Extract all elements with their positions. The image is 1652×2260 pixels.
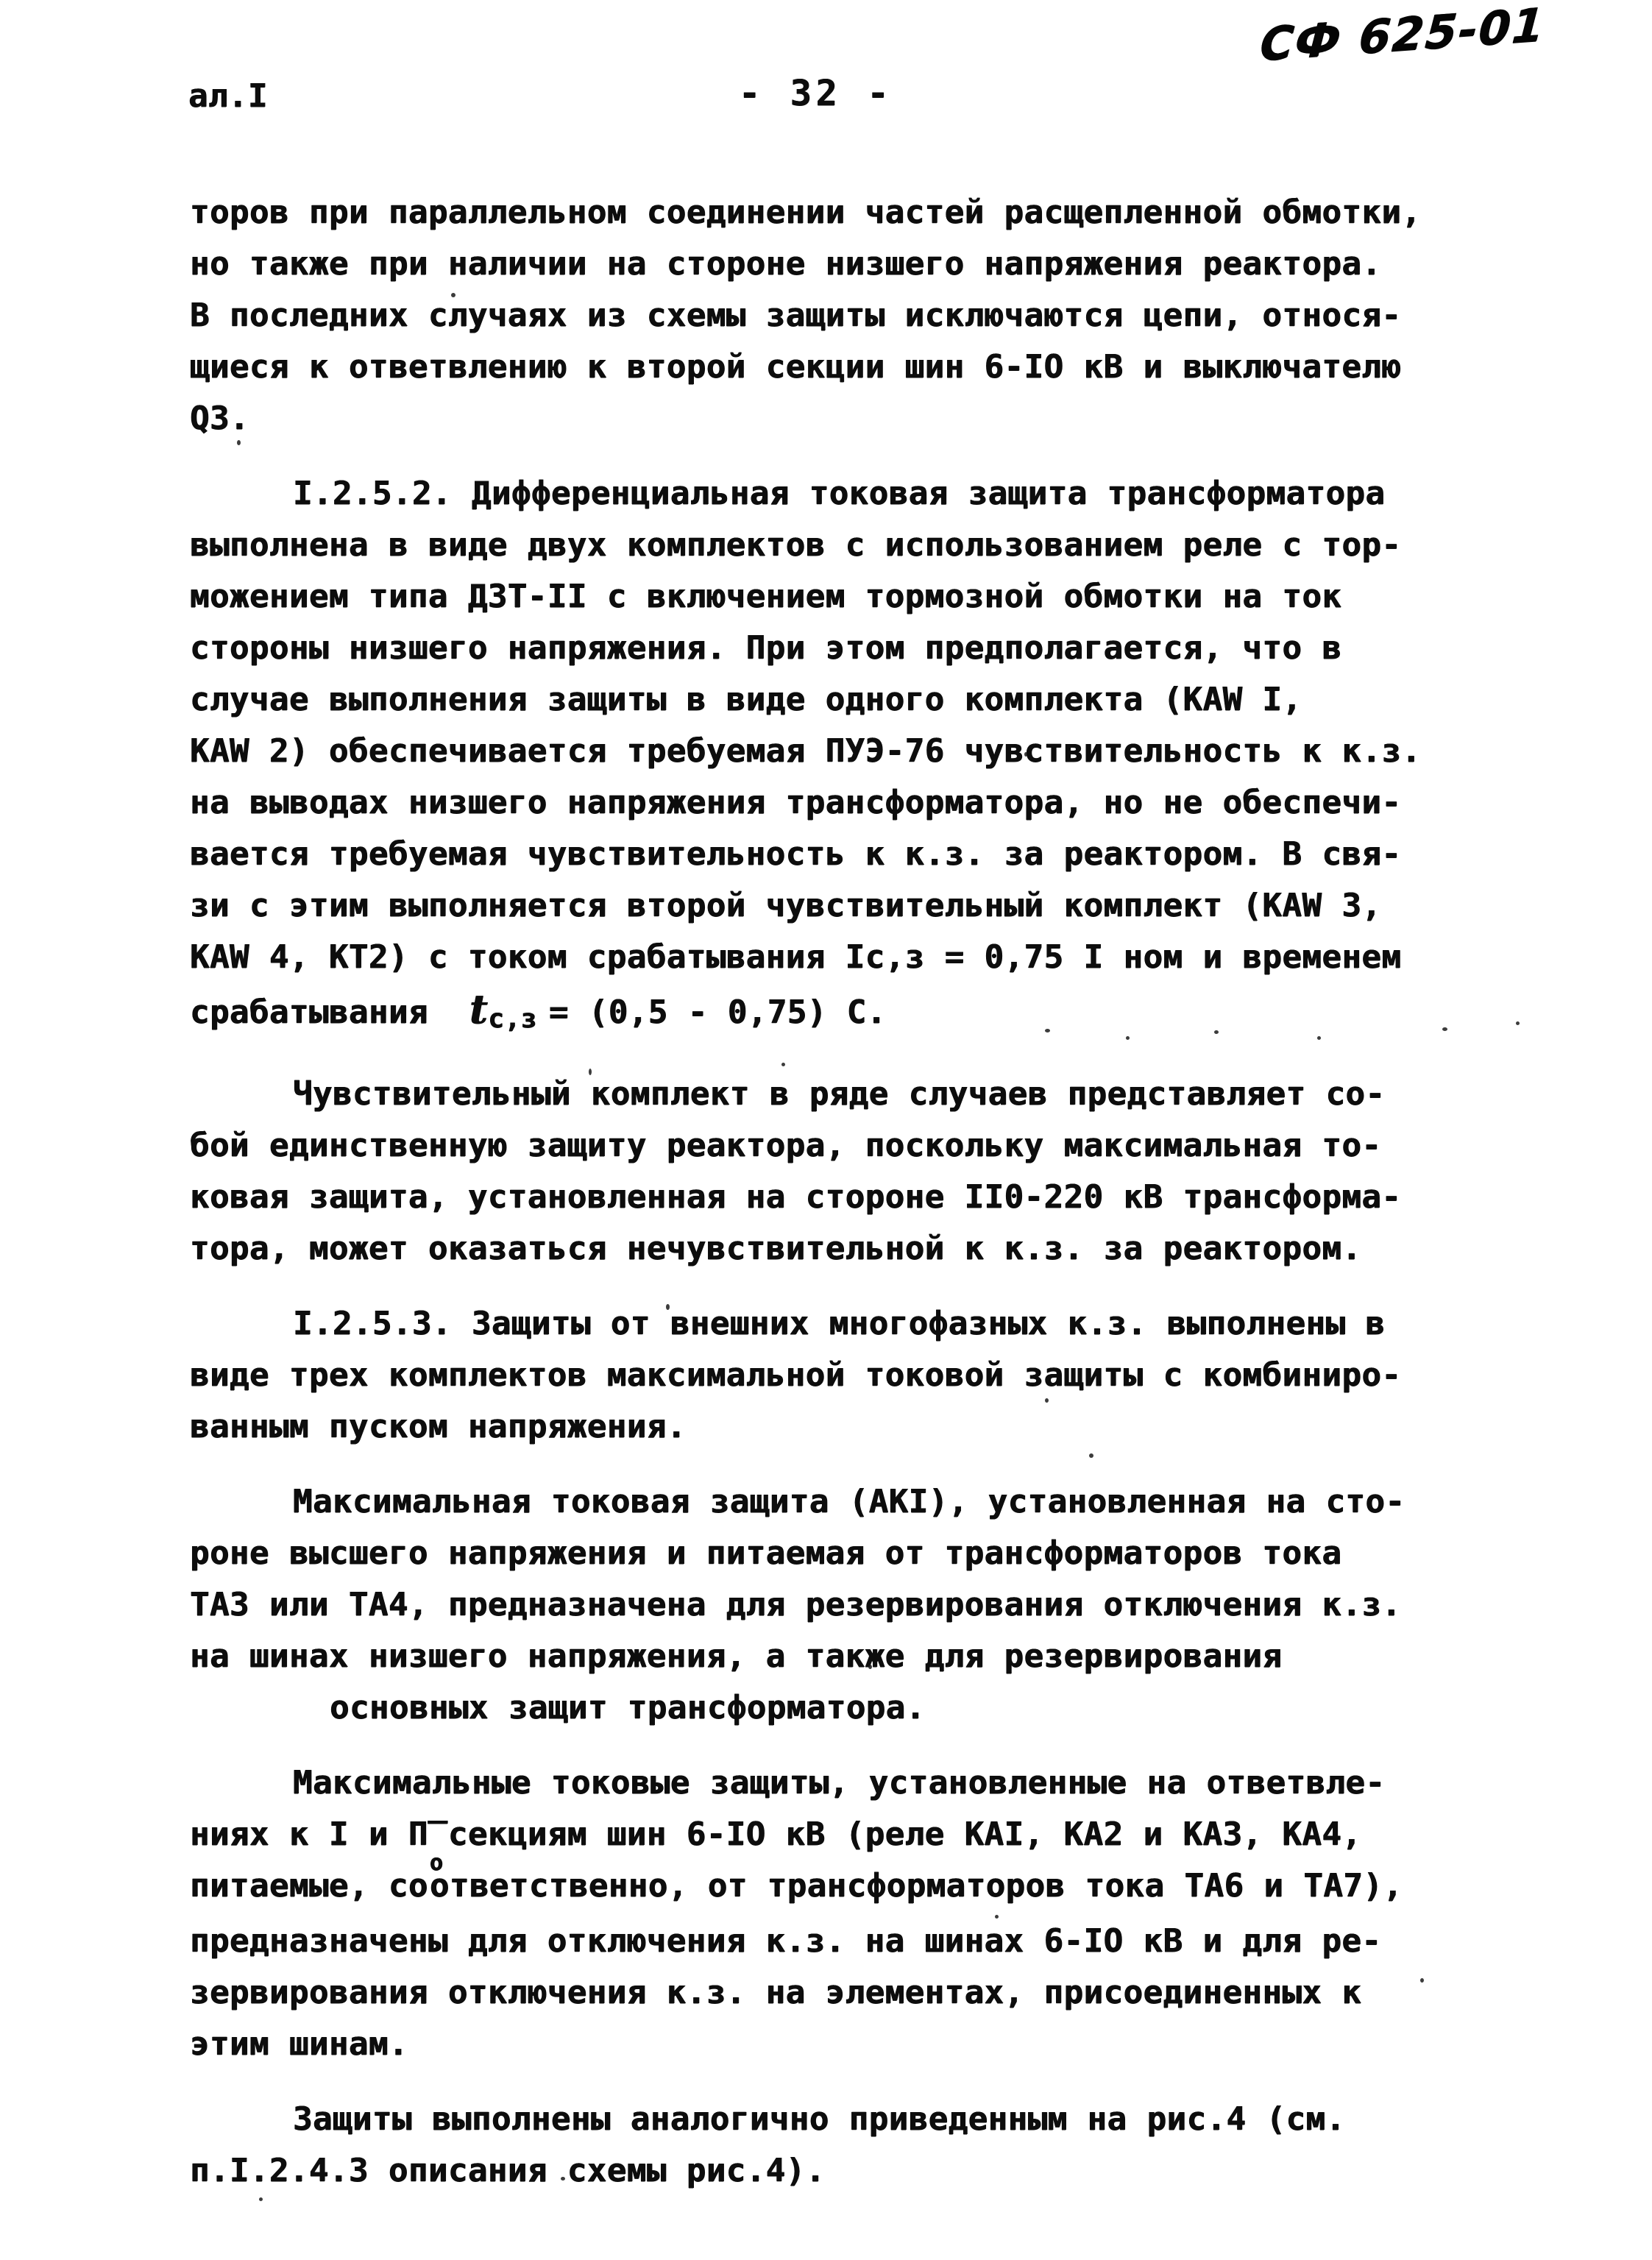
formula-value: = (0,5 - 0,75) С. xyxy=(549,993,887,1031)
scan-speck xyxy=(1045,1029,1050,1032)
formula-label: срабатывания xyxy=(190,993,428,1031)
corrected-line-post: ответственно, от трансформаторов тока ТА… xyxy=(430,1867,1403,1905)
paragraph-reference: Защиты выполнены аналогично приведенным … xyxy=(190,2094,1491,2197)
scan-speck xyxy=(561,2177,565,2181)
text-line: предназначены для отключения к.з. на шин… xyxy=(190,1916,1491,1967)
text-line: ниях к I и П̅ секциям шин 6-IO кВ (реле … xyxy=(190,1809,1491,1860)
paragraph-continuation: торов при параллельном соединении частей… xyxy=(190,187,1491,444)
text-line: бой единственную защиту реактора, поскол… xyxy=(190,1120,1491,1172)
handwritten-stamp: СФ 625-01 xyxy=(1258,0,1547,71)
scan-speck xyxy=(237,440,241,445)
indented-closing-line: основных защит трансформатора. xyxy=(190,1682,1491,1734)
text-line: Максимальные токовые защиты, установленн… xyxy=(190,1757,1491,1809)
scan-speck xyxy=(1045,1398,1049,1403)
text-line: этим шинам. xyxy=(190,2019,1491,2070)
text-line: зервирования отключения к.з. на элемента… xyxy=(190,1967,1491,2019)
text-line: I.2.5.2. Дифференциальная токовая защита… xyxy=(190,468,1491,520)
header-left-label: ал.I xyxy=(188,78,268,115)
scan-speck xyxy=(1089,1453,1093,1458)
scan-speck xyxy=(1126,1036,1130,1040)
scanned-page: ал.I - 32 - СФ 625-01 торов при параллел… xyxy=(0,0,1652,2260)
scan-speck xyxy=(1024,752,1027,757)
page-number: - 32 - xyxy=(739,74,893,113)
paragraph-1-2-5-3: I.2.5.3. Защиты от внешних многофазных к… xyxy=(190,1298,1491,1453)
text-line: КАW 2) обеспечивается требуемая ПУЭ-76 ч… xyxy=(190,726,1491,777)
paragraph-max-current: Максимальная токовая защита (АКI), устан… xyxy=(190,1476,1491,1734)
text-line: выполнена в виде двух комплектов с испол… xyxy=(190,520,1491,571)
corrected-line: питаемые, сооответственно, от трансформа… xyxy=(190,1860,1491,1916)
scan-speck xyxy=(868,1665,872,1669)
text-line: ТАЗ или ТА4, предназначена для резервиро… xyxy=(190,1579,1491,1631)
text-line: КАW 4, КТ2) с током срабатывания Iс,з = … xyxy=(190,932,1491,983)
scan-speck xyxy=(259,2197,263,2201)
text-line: I.2.5.3. Защиты от внешних многофазных к… xyxy=(190,1298,1491,1350)
text-line: на выводах низшего напряжения трансформа… xyxy=(190,777,1491,829)
text-line: вается требуемая чувствительность к к.з.… xyxy=(190,829,1491,880)
paragraph-lines: Максимальные токовые защиты, установленн… xyxy=(190,1757,1491,1860)
scan-speck xyxy=(589,1069,592,1075)
paragraph-1-2-5-2: I.2.5.2. Дифференциальная токовая защита… xyxy=(190,468,1491,1045)
text-line: можением типа ДЗТ-II с включением тормоз… xyxy=(190,571,1491,623)
scan-speck xyxy=(1317,1036,1321,1040)
text-line: п.I.2.4.3 описания схемы рис.4). xyxy=(190,2145,1491,2197)
paragraph-lines: I.2.5.2. Дифференциальная токовая защита… xyxy=(190,468,1491,983)
text-line: но также при наличии на стороне низшего … xyxy=(190,238,1491,290)
text-line: ванным пуском напряжения. xyxy=(190,1401,1491,1453)
paragraph-branch-protections: Максимальные токовые защиты, установленн… xyxy=(190,1757,1491,2070)
scan-speck xyxy=(1420,1978,1424,1983)
text-line: стороны низшего напряжения. При этом пре… xyxy=(190,623,1491,674)
paragraph-sensitive-set: Чувствительный комплект в ряде случаев п… xyxy=(190,1069,1491,1275)
text-line: щиеся к ответвлению к второй секции шин … xyxy=(190,341,1491,393)
formula-line: срабатыванияtс,з= (0,5 - 0,75) С. xyxy=(190,983,1491,1045)
document-body: торов при параллельном соединении частей… xyxy=(190,187,1491,2220)
formula-subscript: с,з xyxy=(488,1004,537,1034)
scan-speck xyxy=(1214,1030,1219,1034)
text-line: тора, может оказаться нечувствительной к… xyxy=(190,1223,1491,1275)
text-line: Защиты выполнены аналогично приведенным … xyxy=(190,2094,1491,2145)
corrected-line-pre: питаемые, со xyxy=(190,1867,428,1905)
text-line: случае выполнения защиты в виде одного к… xyxy=(190,674,1491,726)
text-line: Максимальная токовая защита (АКI), устан… xyxy=(190,1476,1491,1528)
text-line: зи с этим выполняется второй чувствитель… xyxy=(190,880,1491,932)
scan-speck xyxy=(1442,1027,1447,1031)
text-line: на шинах низшего напряжения, а также для… xyxy=(190,1631,1491,1682)
text-line: В последних случаях из схемы защиты искл… xyxy=(190,290,1491,341)
paragraph-lines: предназначены для отключения к.з. на шин… xyxy=(190,1916,1491,2070)
text-line: Q3. xyxy=(190,393,1491,444)
scan-speck xyxy=(1516,1021,1520,1025)
scan-speck xyxy=(666,1304,670,1310)
time-symbol: t xyxy=(469,985,488,1032)
text-line: торов при параллельном соединении частей… xyxy=(190,187,1491,238)
scan-speck xyxy=(781,1063,785,1066)
text-line: виде трех комплектов максимальной токово… xyxy=(190,1350,1491,1401)
text-line: Чувствительный комплект в ряде случаев п… xyxy=(190,1069,1491,1120)
scan-speck xyxy=(995,1915,999,1919)
paragraph-lines: Максимальная токовая защита (АКI), устан… xyxy=(190,1476,1491,1682)
text-line: ковая защита, установленная на стороне I… xyxy=(190,1172,1491,1223)
text-line: роне высшего напряжения и питаемая от тр… xyxy=(190,1528,1491,1579)
scan-speck xyxy=(451,293,455,297)
